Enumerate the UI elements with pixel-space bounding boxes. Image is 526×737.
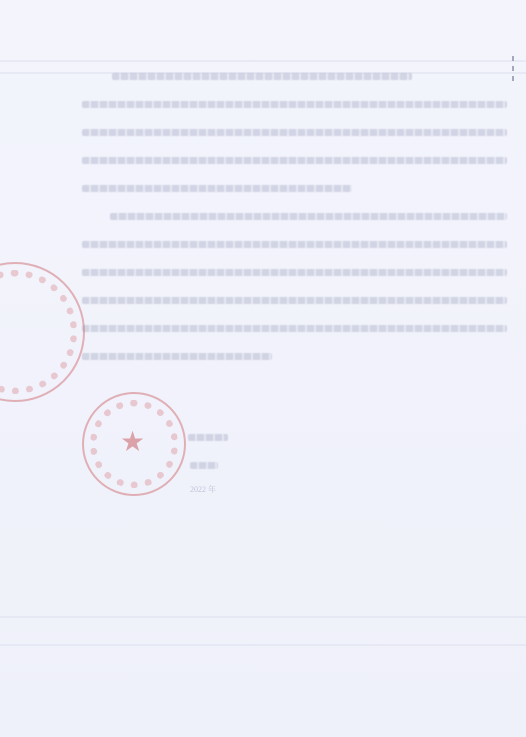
text-line (82, 325, 507, 332)
scan-band (0, 60, 526, 62)
edge-mark (512, 66, 514, 71)
edge-mark (512, 76, 514, 81)
text-line (82, 269, 507, 276)
scan-band (0, 644, 526, 646)
signature-date: 2022 年 (190, 484, 216, 495)
signature-line (190, 462, 218, 469)
text-line (82, 157, 507, 164)
partial-seam-seal (0, 262, 85, 402)
text-line (82, 353, 272, 360)
scan-band (0, 616, 526, 618)
text-line (82, 297, 507, 304)
text-line (82, 129, 507, 136)
text-line (82, 185, 352, 192)
text-line (110, 213, 507, 220)
edge-mark (512, 56, 514, 61)
official-seal: ★ (82, 392, 186, 496)
signature-org-line (188, 434, 228, 441)
text-line (82, 241, 507, 248)
text-line (112, 73, 412, 80)
star-icon: ★ (120, 428, 145, 456)
text-line (82, 101, 507, 108)
scanned-page: 2022 年 ★ (0, 0, 526, 737)
